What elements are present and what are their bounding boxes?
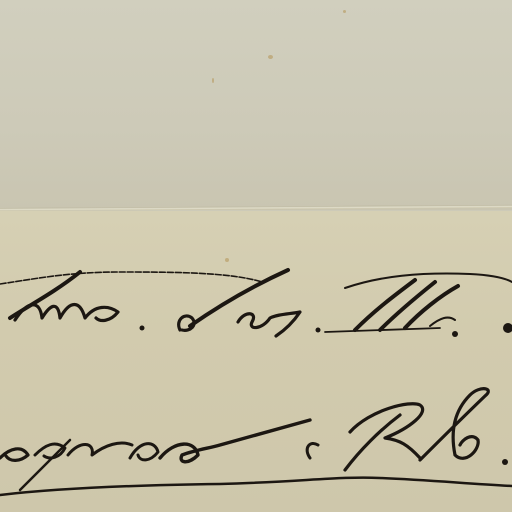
handwriting-ink: [0, 0, 512, 512]
document-photo: …lus. Ser. III. … …opera Kb. …: [0, 0, 512, 512]
